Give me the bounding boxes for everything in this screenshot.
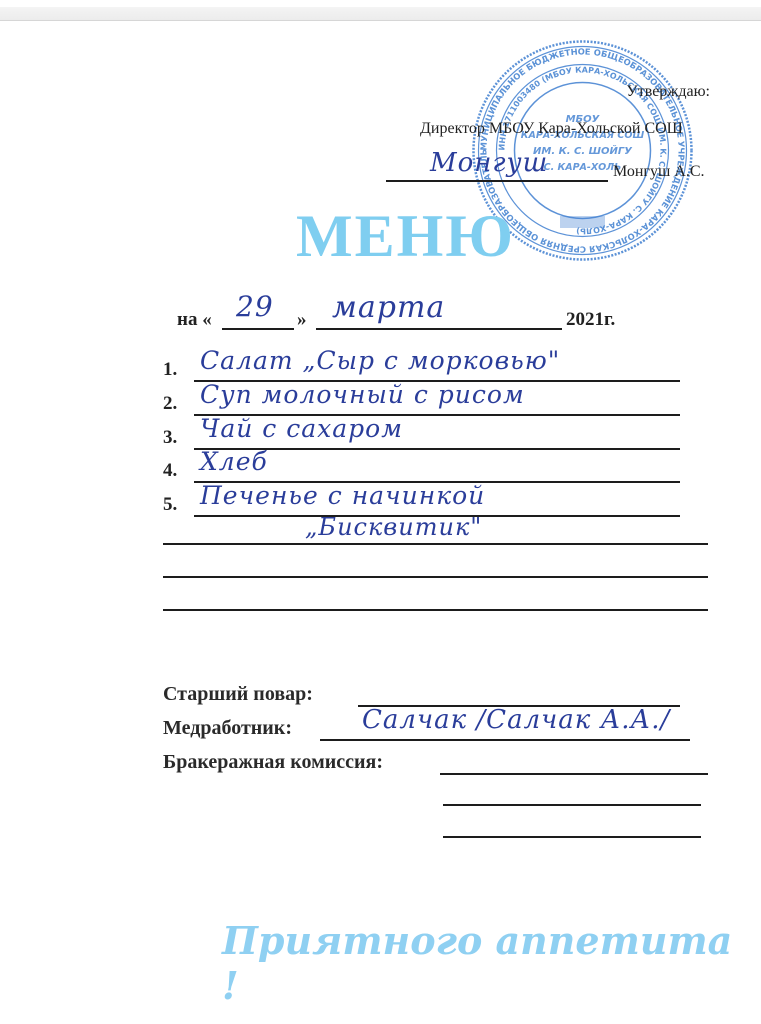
date-prefix: на « (177, 309, 212, 331)
farewell-text: Приятного аппетита ! (222, 918, 761, 1008)
menu-item-text: Печенье с начинкой (200, 481, 485, 510)
blank-menu-line (163, 543, 708, 545)
medic-value: Салчак /Салчак А.А./ (362, 705, 670, 735)
approve-label: Утверждаю: (626, 83, 710, 101)
menu-item-text: Салат „Сыр с морковью" (200, 346, 560, 375)
commission-label: Бракеражная комиссия: (163, 751, 383, 774)
director-position: Директор МБОУ Кара-Хольской СОШ (420, 120, 683, 138)
menu-item-text: Хлеб (200, 447, 268, 476)
stamp-center-line-4: С. КАРА-ХОЛЬ (544, 162, 622, 173)
date-day: 29 (236, 290, 274, 323)
menu-item-number: 5. (163, 494, 177, 516)
medic-label: Медработник: (163, 717, 292, 740)
commission-line-2 (443, 804, 701, 806)
menu-item-number: 1. (163, 359, 177, 381)
director-signature-line (386, 180, 608, 182)
director-name: Монгуш А.С. (613, 163, 705, 181)
blank-menu-line (163, 576, 708, 578)
blank-menu-line-text: „Бисквитик" (305, 513, 482, 541)
blank-menu-line (163, 609, 708, 611)
date-month: марта (332, 290, 445, 325)
page-title: МЕНЮ (296, 202, 515, 271)
day-line (222, 328, 294, 330)
menu-item-number: 4. (163, 460, 177, 482)
month-line (316, 328, 562, 330)
medic-line (320, 739, 690, 741)
date-mid: » (297, 309, 307, 331)
menu-item-text: Чай с сахаром (200, 414, 403, 443)
director-signature: Монгуш (430, 148, 548, 178)
date-year: 2021г. (566, 309, 615, 331)
commission-line-3 (443, 836, 701, 838)
menu-item-text: Суп молочный с рисом (200, 380, 525, 409)
chef-label: Старший повар: (163, 683, 313, 706)
menu-item-number: 3. (163, 427, 177, 449)
scan-top-edge (0, 7, 761, 21)
commission-line-1 (440, 773, 708, 775)
menu-item-number: 2. (163, 393, 177, 415)
